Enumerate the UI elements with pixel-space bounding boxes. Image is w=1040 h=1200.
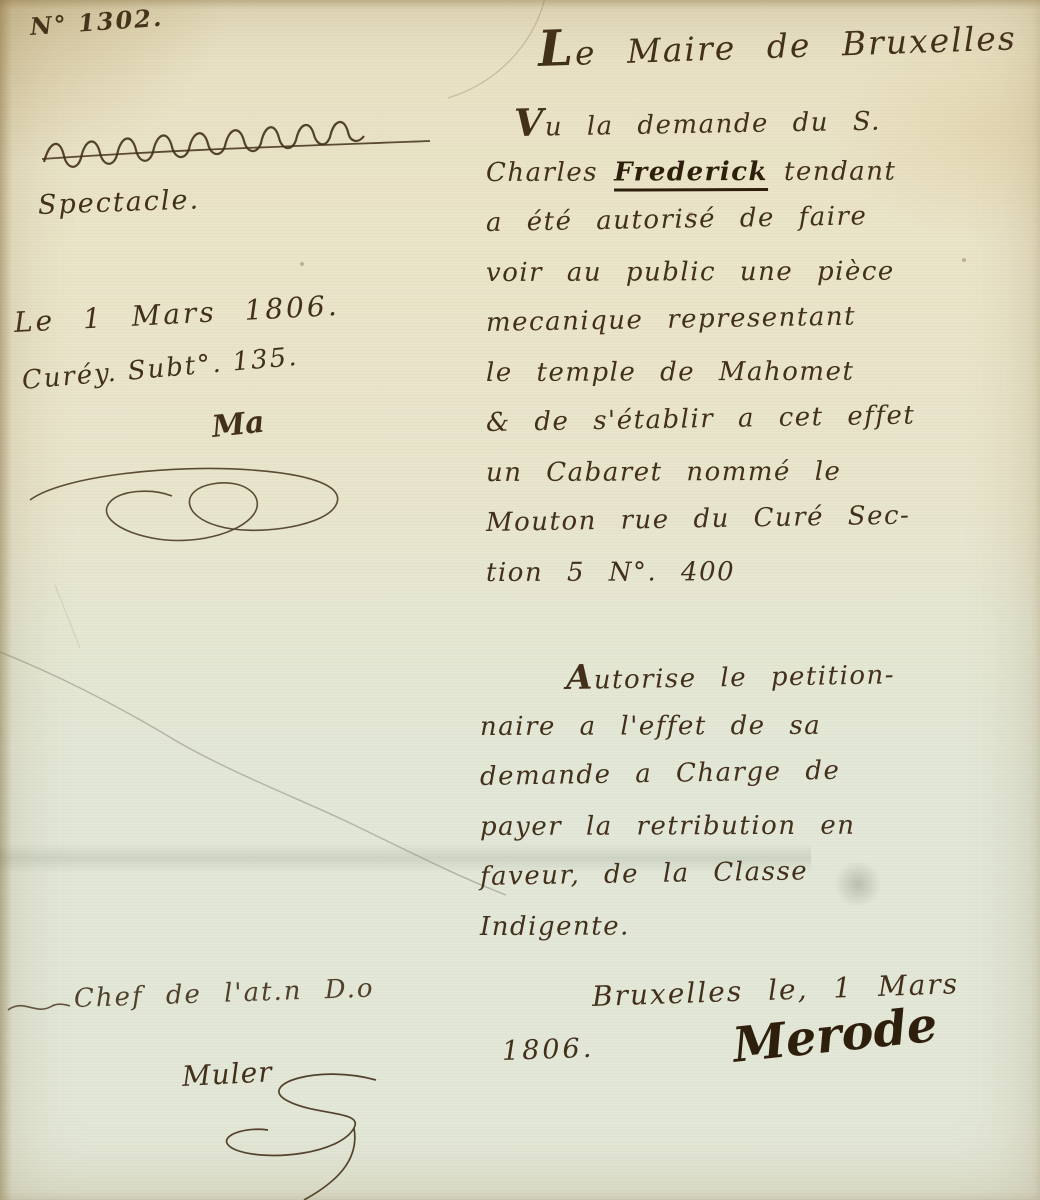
body-line: Indigente.	[480, 900, 1040, 952]
paraph-flourish	[22, 438, 354, 556]
closing-year: 1806.	[501, 1033, 594, 1067]
body-line: faveur, de la Classe	[480, 842, 1040, 902]
body-line: & de s'établir a cet effet	[486, 388, 1040, 448]
mayor-signature: Merode	[730, 997, 940, 1074]
body-line: Vu la demande du S.	[514, 89, 1040, 148]
letter-page: N° 1302. Spectacle. Le 1 Mars 1806. Curé…	[0, 0, 1040, 1200]
petitioner-first-name: Charles	[486, 158, 598, 188]
struck-out-line-scribble	[38, 126, 436, 184]
clerk-note: Chef de l'at.n D.o	[73, 974, 375, 1014]
clerk-signature-flourish	[118, 1070, 390, 1200]
subject-label: Spectacle.	[37, 184, 200, 221]
body-line: a été autorisé de faire	[486, 188, 1040, 248]
body-line: demande a Charge de	[480, 742, 1040, 802]
body-line: Autorise le petition-	[566, 644, 1040, 702]
paragraph-authorization-grant: Autorise le petition- naire a l'effet de…	[480, 652, 1040, 952]
page-edge-shading	[0, 0, 12, 1200]
petitioner-name-underlined: Frederick	[614, 157, 768, 192]
body-line: Mouton rue du Curé Sec-	[486, 488, 1040, 548]
paragraph-authorization-review: Vu la demande du S. CharlesFredericktend…	[486, 98, 1040, 598]
body-word: tendant	[784, 157, 897, 187]
filing-annotation: Curéy. Subt°. 135.	[21, 342, 300, 396]
body-line: mecanique representant	[486, 288, 1040, 348]
lead-in-squiggle	[6, 996, 72, 1020]
body-line: tion 5 N°. 400	[486, 546, 1040, 598]
date-annotation: Le 1 Mars 1806.	[13, 289, 340, 339]
fox-spot	[300, 262, 304, 266]
